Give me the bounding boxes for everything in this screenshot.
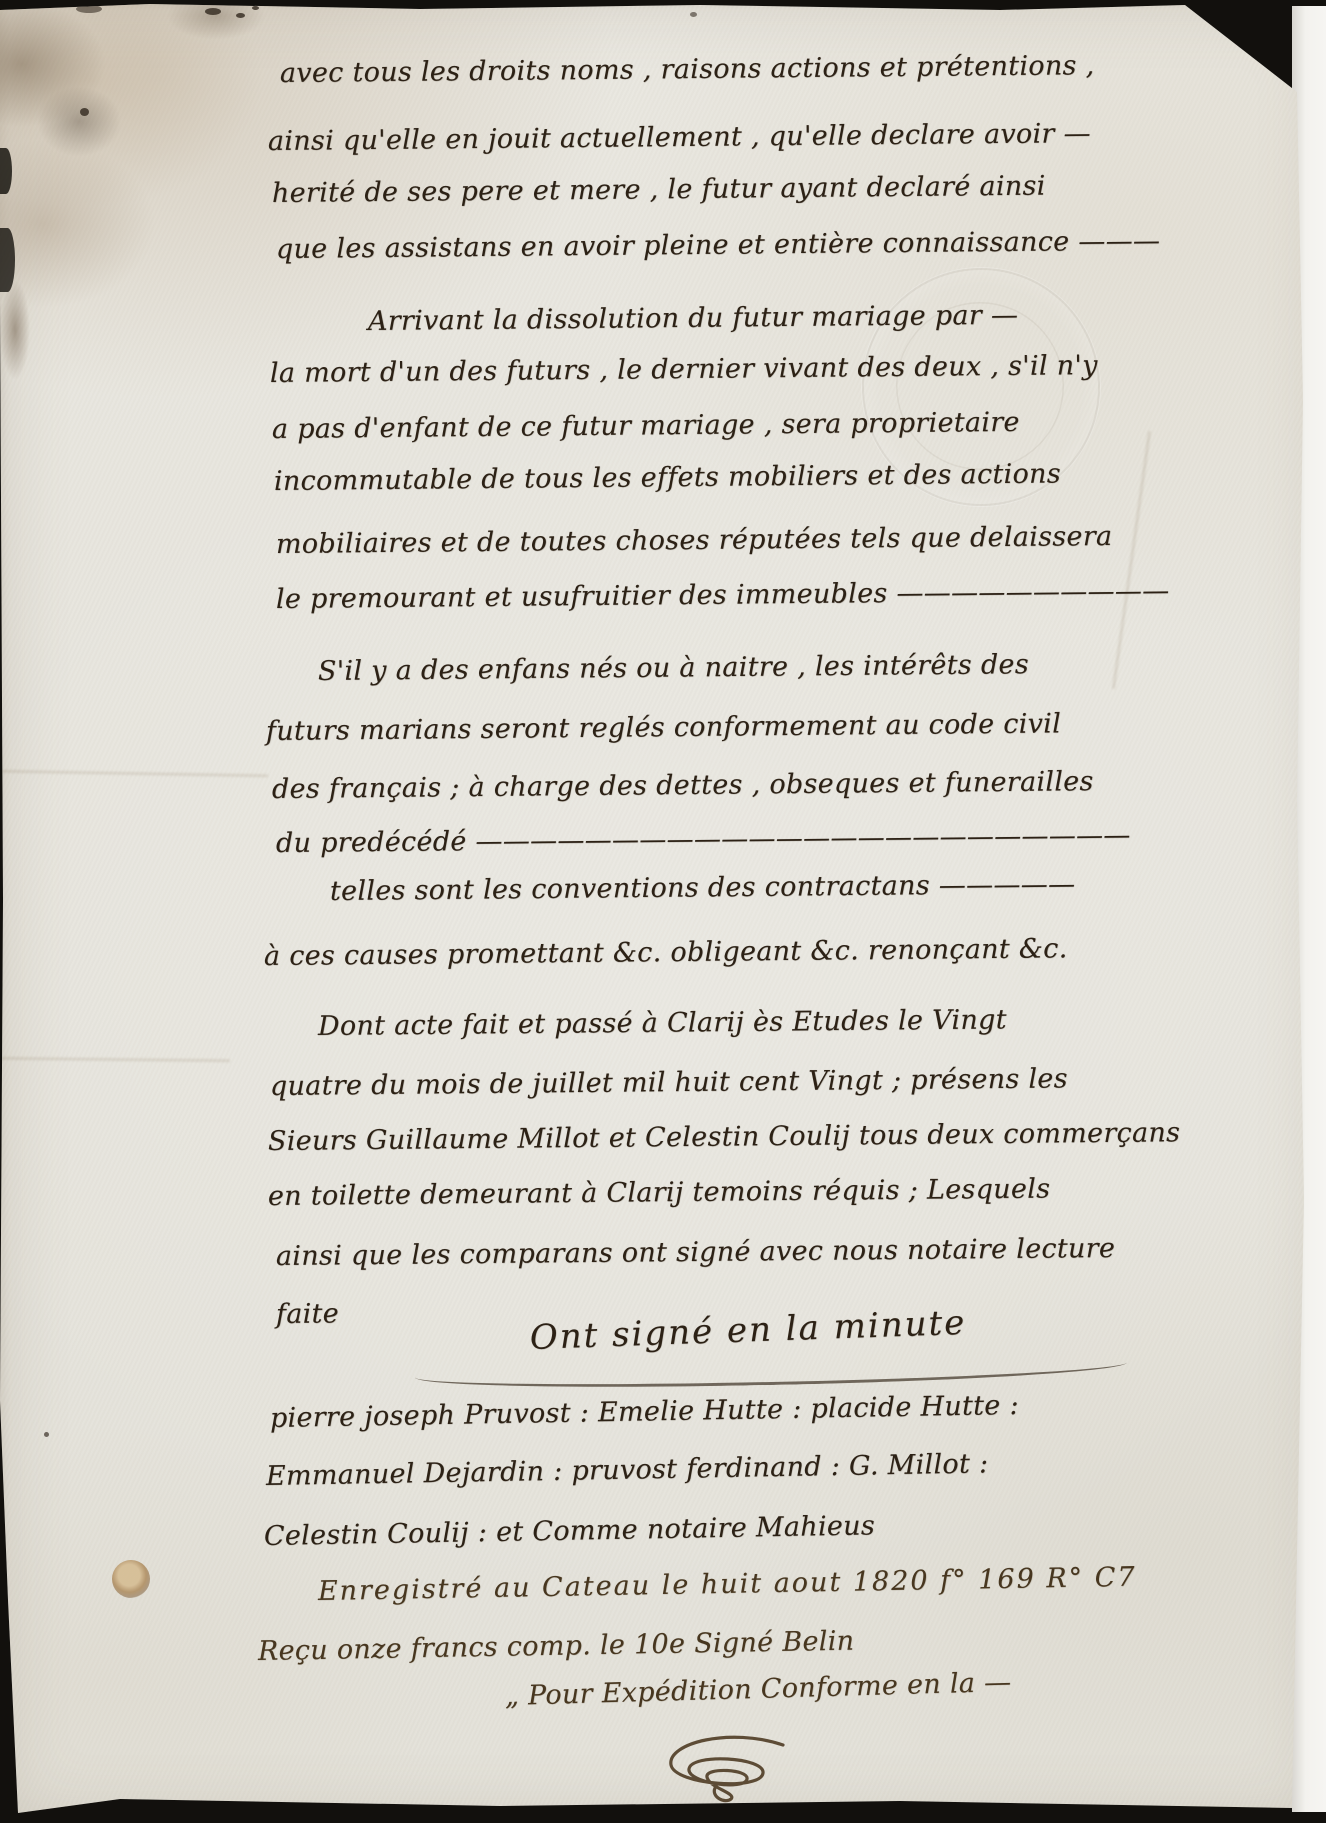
manuscript-line-14: du predécédé ———————————————————————— (276, 814, 1131, 866)
signature-line-3: Celestin Coulij : et Comme notaire Mahie… (264, 1504, 876, 1559)
ink-speck (205, 8, 221, 15)
edge-smudge (0, 280, 30, 380)
paper-crease (0, 1057, 230, 1062)
notary-paraph-flourish (655, 1733, 790, 1817)
manuscript-line-4: que les assistans en avoir pleine et ent… (276, 220, 1161, 272)
ink-speck (252, 6, 259, 10)
signature-line-1: pierre joseph Pruvost : Emelie Hutte : p… (270, 1384, 1020, 1441)
pen-flourish-line (415, 1357, 1127, 1393)
signature-line-2: Emmanuel Dejardin : pruvost ferdinand : … (266, 1442, 989, 1499)
ink-speck (76, 5, 102, 13)
registration-line-3: „ Pour Expédition Conforme en la — (504, 1661, 1012, 1719)
closing-word: faite (276, 1292, 339, 1337)
manuscript-line-5: Arrivant la dissolution du futur mariage… (368, 294, 1019, 344)
manuscript-line-16: à ces causes promettant &c. obligeant &c… (264, 927, 1068, 979)
ink-speck (44, 1432, 49, 1437)
manuscript-line-18: quatre du mois de juillet mil huit cent … (270, 1057, 1068, 1109)
stain-round-spot (112, 1560, 150, 1598)
registration-line-1: Enregistré au Cateau le huit aout 1820 f… (318, 1556, 1137, 1614)
manuscript-line-21: ainsi que les comparans ont signé avec n… (276, 1227, 1116, 1279)
torn-edge-notch (0, 228, 15, 292)
manuscript-line-19: Sieurs Guillaume Millot et Celestin Coul… (268, 1111, 1181, 1164)
ink-speck (80, 108, 89, 116)
ink-speck (690, 12, 697, 17)
paper-crease (0, 770, 268, 778)
paper-crease (1112, 431, 1151, 689)
ink-speck (236, 13, 245, 18)
torn-edge-notch (0, 148, 12, 194)
manuscript-line-2: ainsi qu'elle en jouit actuellement , qu… (268, 112, 1091, 164)
manuscript-line-13: des français ; à charge des dettes , obs… (272, 760, 1094, 812)
manuscript-line-10: le premourant et usufruitier des immeubl… (276, 569, 1170, 622)
manuscript-line-15: telles sont les conventions des contract… (330, 863, 1076, 914)
manuscript-line-1: avec tous les droits noms , raisons acti… (280, 44, 1095, 96)
manuscript-line-9: mobiliaires et de toutes choses réputées… (276, 515, 1113, 567)
manuscript-line-12: futurs marians seront reglés conformemen… (266, 702, 1062, 754)
registration-line-2: Reçu onze francs comp. le 10e Signé Beli… (258, 1620, 855, 1674)
manuscript-line-11: S'il y a des enfans nés ou à naitre , le… (318, 643, 1029, 694)
manuscript-line-8: incommutable de tous les effets mobilier… (274, 452, 1061, 504)
manuscript-line-7: a pas d'enfant de ce futur mariage , ser… (272, 401, 1020, 452)
manuscript-line-6: la mort d'un des futurs , le dernier viv… (270, 344, 1098, 396)
manuscript-line-17: Dont acte fait et passé à Clarij ès Etud… (318, 998, 1007, 1049)
manuscript-line-3: herité de ses pere et mere , le futur ay… (272, 165, 1046, 216)
signature-heading: Ont signé en la minute (529, 1301, 967, 1360)
manuscript-paper: avec tous les droits noms , raisons acti… (0, 0, 1326, 1823)
document-scan: avec tous les droits noms , raisons acti… (0, 0, 1326, 1823)
manuscript-line-20: en toilette demeurant à Clarij temoins r… (268, 1167, 1051, 1219)
